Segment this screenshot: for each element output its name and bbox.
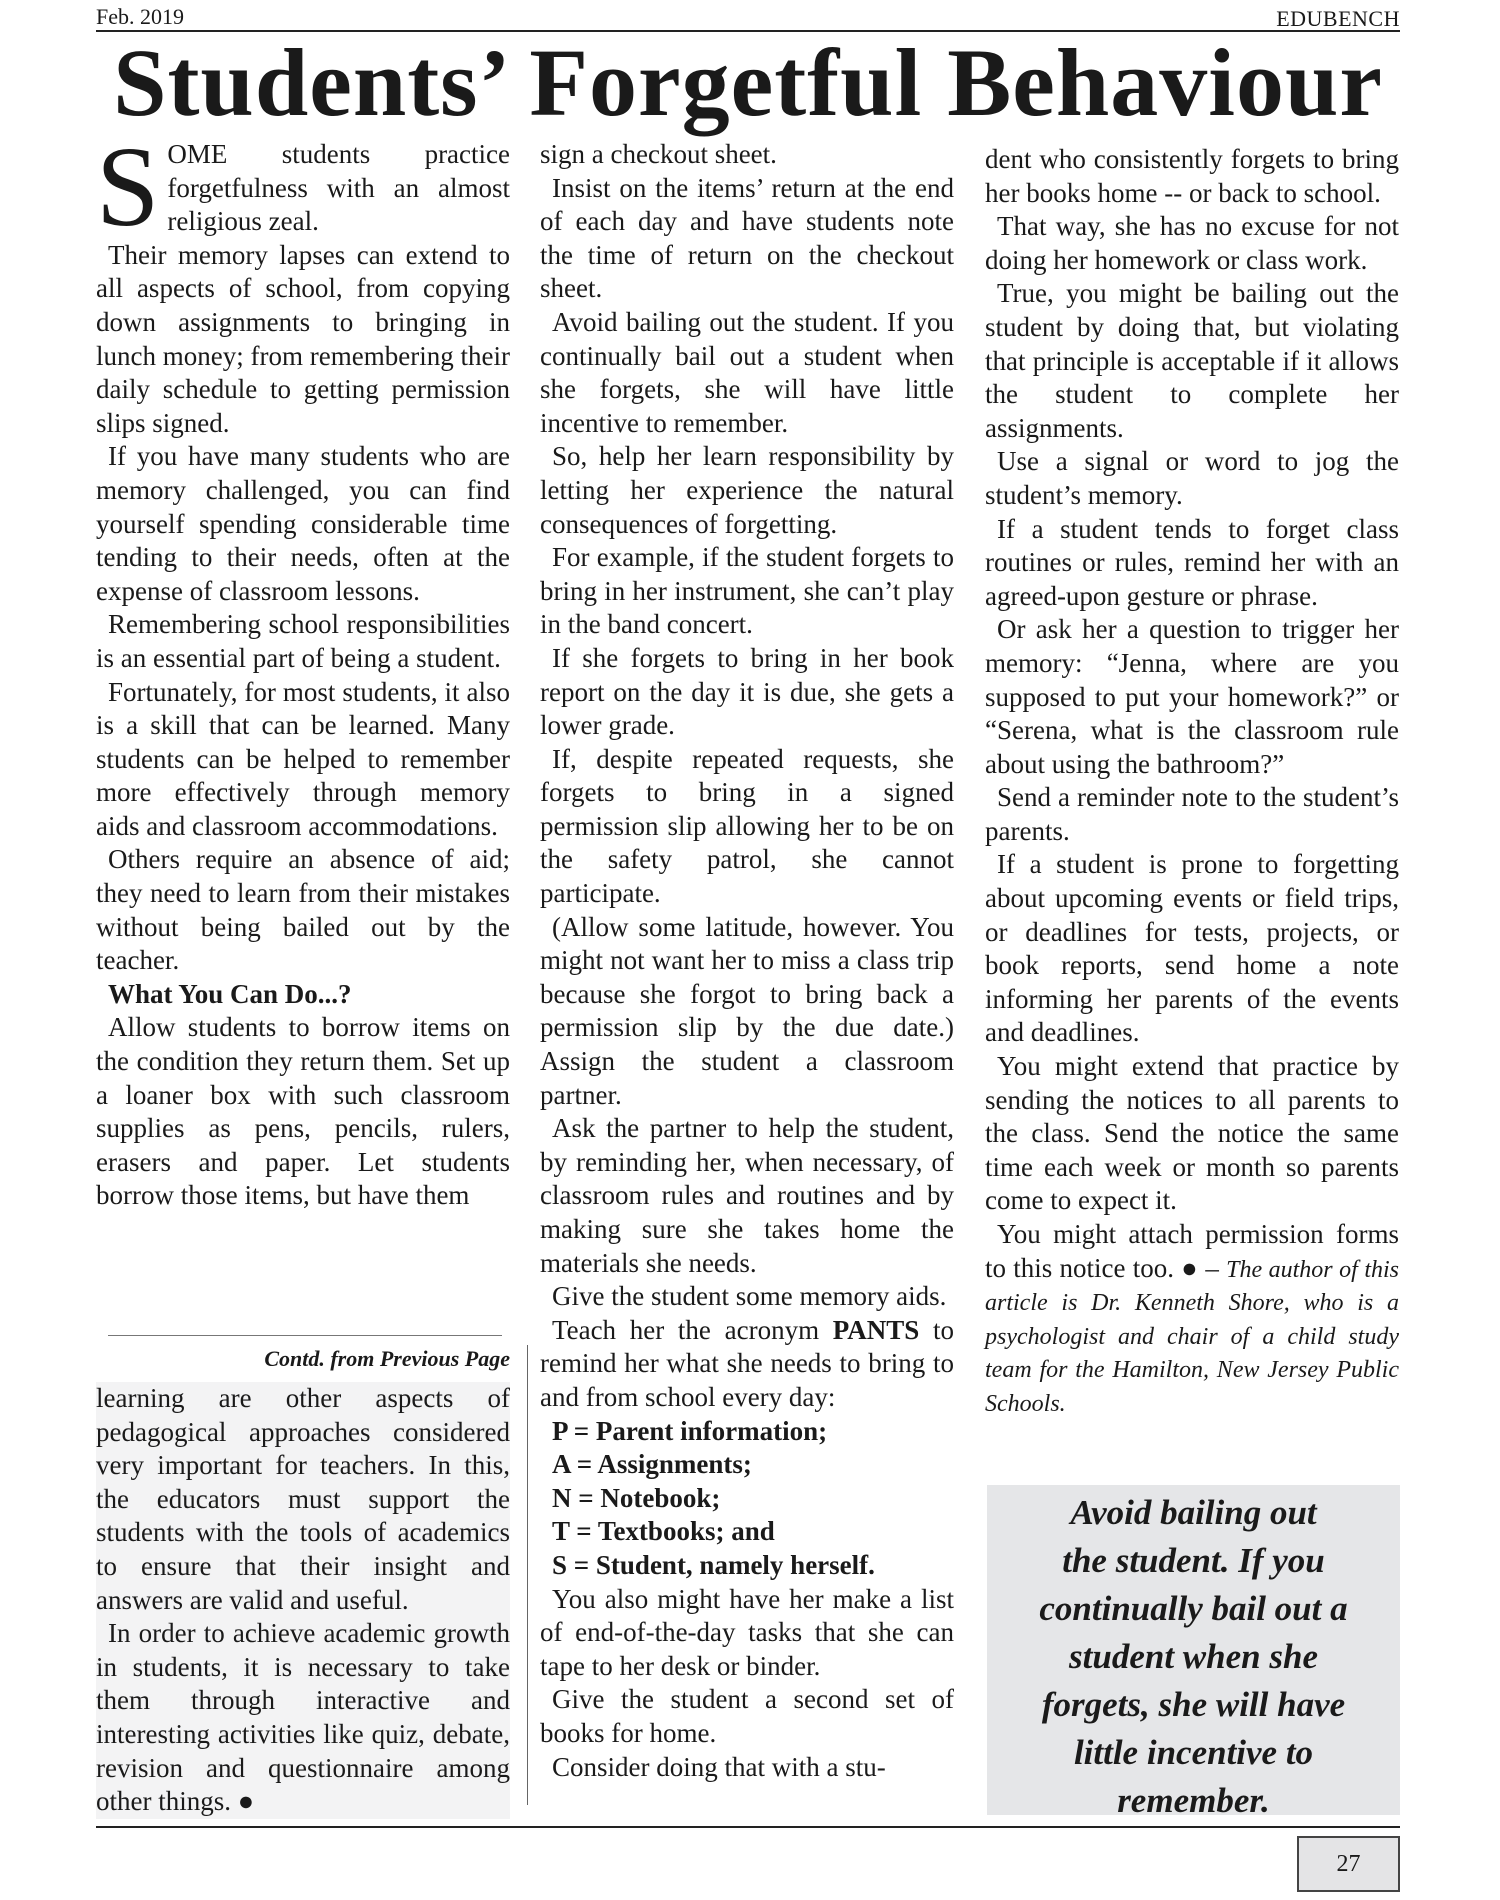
paragraph: sign a checkout sheet. [540, 138, 954, 172]
pull-quote-line: student when she [987, 1633, 1400, 1681]
paragraph: So, help her learn responsibility by let… [540, 440, 954, 541]
pants-item: T = Textbooks; and [540, 1515, 954, 1549]
paragraph: Fortunately, for most students, it also … [96, 676, 510, 844]
paragraph: True, you might be bailing out the stude… [985, 277, 1399, 445]
intro-paragraph: SOME students practice forgetfulness wit… [96, 138, 510, 239]
pull-quote-line: the student. If you [987, 1537, 1400, 1585]
paragraph: Or ask her a question to trigger her mem… [985, 613, 1399, 781]
pants-intro: Teach her the acronym PANTS to remind he… [540, 1314, 954, 1415]
paragraph: dent who consistently forgets to bring h… [985, 143, 1399, 210]
section-divider [108, 1335, 502, 1336]
issue-date: Feb. 2019 [96, 4, 184, 30]
paragraph: You also might have her make a list of e… [540, 1583, 954, 1684]
pants-item: P = Parent information; [540, 1415, 954, 1449]
pull-quote-line: little incentive to [987, 1729, 1400, 1777]
pull-quote-line: remember. [987, 1777, 1400, 1825]
paragraph: You might extend that practice by sendin… [985, 1050, 1399, 1218]
paragraph: Insist on the items’ return at the end o… [540, 172, 954, 306]
paragraph: (Allow some latitude, however. You might… [540, 911, 954, 1113]
pants-item: S = Student, namely herself. [540, 1549, 954, 1583]
paragraph: Use a signal or word to jog the student’… [985, 445, 1399, 512]
paragraph: Ask the partner to help the student, by … [540, 1112, 954, 1280]
paragraph: If a student tends to forget class routi… [985, 513, 1399, 614]
paragraph: If a student is prone to forgetting abou… [985, 848, 1399, 1050]
paragraph: Allow students to borrow items on the co… [96, 1011, 510, 1213]
paragraph: Remembering school responsibilities is a… [96, 608, 510, 675]
closing-paragraph: You might attach permission forms to thi… [985, 1218, 1399, 1420]
article-headline: Students’ Forgetful Behaviour [96, 28, 1400, 138]
paragraph: In order to achieve academic growth in s… [96, 1617, 510, 1819]
pants-item: N = Notebook; [540, 1482, 954, 1516]
column-2: sign a checkout sheet. Insist on the ite… [540, 138, 954, 1784]
drop-cap: S [96, 144, 159, 230]
pull-quote-line: forgets, she will have [987, 1681, 1400, 1729]
continued-label: Contd. from Previous Page [96, 1346, 510, 1372]
pull-quote-line: continually bail out a [987, 1585, 1400, 1633]
paragraph: Their memory lapses can extend to all as… [96, 239, 510, 441]
paragraph: If she forgets to bring in her book repo… [540, 642, 954, 743]
paragraph: That way, she has no excuse for not doin… [985, 210, 1399, 277]
paragraph: Send a reminder note to the student’s pa… [985, 781, 1399, 848]
pants-item: A = Assignments; [540, 1448, 954, 1482]
paragraph: Avoid bailing out the student. If you co… [540, 306, 954, 440]
column-rule [527, 1345, 528, 1805]
paragraph: For example, if the student forgets to b… [540, 541, 954, 642]
pull-quote: Avoid bailing out the student. If you co… [987, 1485, 1400, 1815]
paragraph: learning are other aspects of pedagogica… [96, 1382, 510, 1617]
continued-article: learning are other aspects of pedagogica… [96, 1382, 510, 1819]
paragraph: If, despite repeated requests, she forge… [540, 743, 954, 911]
paragraph: Consider doing that with a stu- [540, 1751, 954, 1785]
paragraph: Others require an absence of aid; they n… [96, 843, 510, 977]
footer-rule [96, 1826, 1400, 1828]
paragraph: Give the student some memory aids. [540, 1280, 954, 1314]
section-subhead: What You Can Do...? [96, 978, 510, 1012]
pull-quote-line: Avoid bailing out [987, 1489, 1400, 1537]
column-3: dent who consistently forgets to bring h… [985, 143, 1399, 1420]
paragraph: Give the student a second set of books f… [540, 1683, 954, 1750]
paragraph: If you have many students who are memory… [96, 440, 510, 608]
column-1: SOME students practice forgetfulness wit… [96, 138, 510, 1213]
page-number: 27 [1297, 1836, 1400, 1892]
pants-acronym: PANTS [833, 1315, 920, 1345]
